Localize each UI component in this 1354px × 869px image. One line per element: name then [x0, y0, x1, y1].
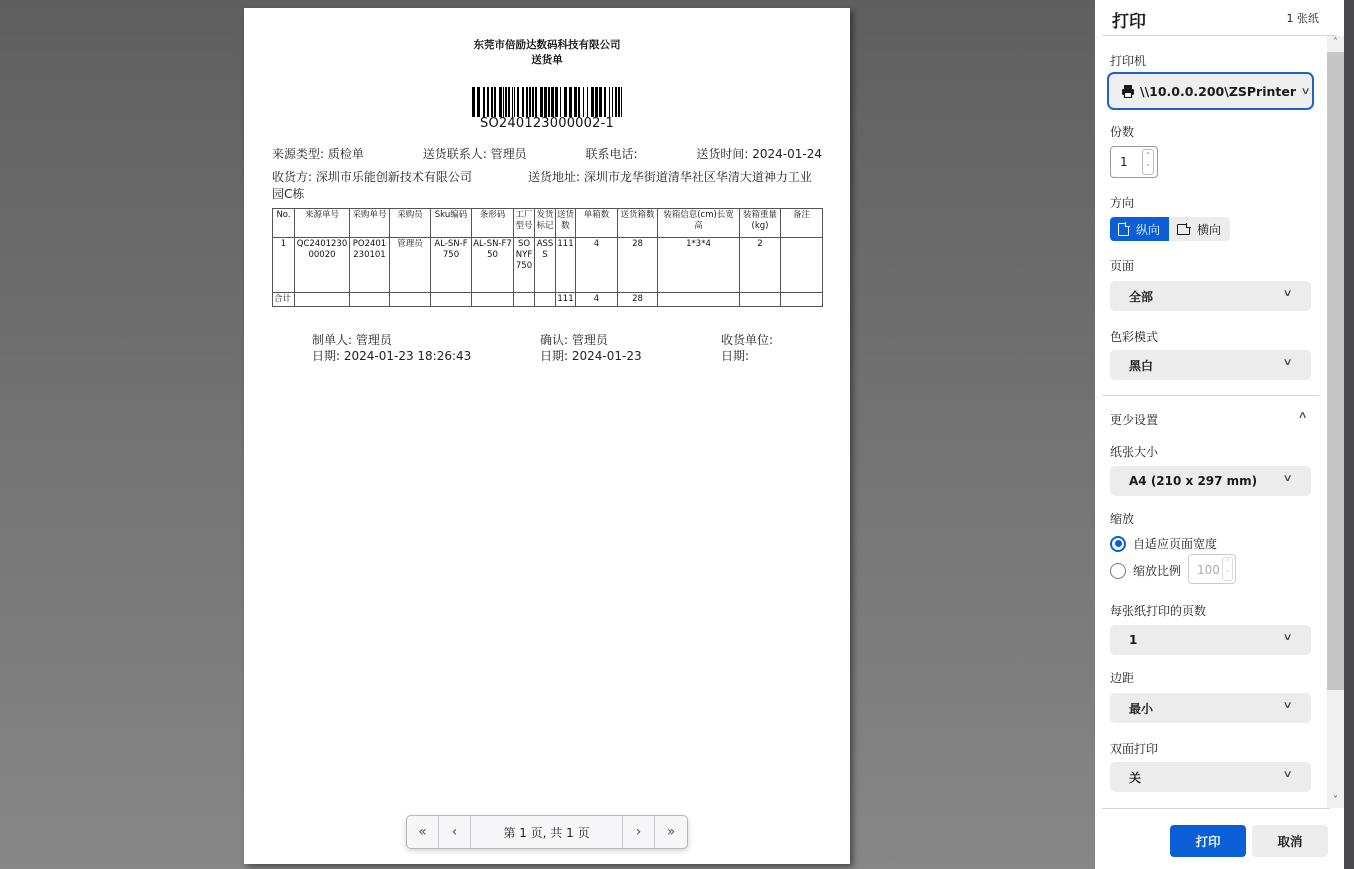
scale-fit-option[interactable]: 自适应页面宽度	[1110, 535, 1217, 552]
scale-value: 100	[1197, 563, 1220, 577]
duplex-value: 关	[1129, 769, 1141, 786]
pages-per-sheet-label: 每张纸打印的页数	[1110, 602, 1206, 619]
sheet-count: 1 张纸	[1287, 10, 1320, 26]
table-cell	[472, 293, 514, 307]
table-cell: 28	[618, 293, 658, 307]
table-cell: 111	[556, 238, 576, 293]
scale-fit-label: 自适应页面宽度	[1133, 535, 1217, 552]
table-cell: SONYF750	[514, 238, 535, 293]
table-row: 1QC240123000020PO2401230101管理员AL-SN-F750…	[273, 238, 823, 293]
scale-percent-input[interactable]: 100 ˄˅	[1188, 554, 1236, 584]
table-cell	[781, 238, 823, 293]
table-cell	[514, 293, 535, 307]
receiver-unit: 收货单位:	[721, 332, 773, 348]
page-indicator: 第 1 页, 共 1 页	[471, 816, 623, 848]
table-cell: 4	[576, 238, 618, 293]
more-settings-label: 更少设置	[1110, 413, 1158, 427]
table-cell: QC240123000020	[295, 238, 350, 293]
column-header: 送货数	[556, 209, 576, 238]
table-cell: AL-SN-F750	[472, 238, 514, 293]
more-settings-toggle[interactable]: 更少设置 ∧	[1110, 411, 1311, 428]
column-header: 装箱重量(kg)	[740, 209, 781, 238]
margins-value: 最小	[1129, 700, 1153, 717]
table-total-row: 合计111428	[273, 293, 823, 307]
paper-size-label: 纸张大小	[1110, 443, 1158, 460]
scrollbar-thumb[interactable]	[1327, 52, 1344, 690]
contact-phone: 联系电话:	[585, 145, 637, 162]
chevron-down-icon: ∨	[1282, 473, 1292, 484]
color-mode-label: 色彩模式	[1110, 328, 1158, 345]
printer-select[interactable]: \\10.0.0.200\ZSPrinter ∨	[1107, 72, 1314, 110]
column-header: 送货箱数	[618, 209, 658, 238]
pages-per-sheet-value: 1	[1129, 633, 1137, 647]
duplex-label: 双面打印	[1110, 740, 1158, 757]
color-mode-select[interactable]: 黑白 ∨	[1110, 350, 1311, 380]
orientation-portrait[interactable]: 纵向	[1110, 217, 1169, 241]
copies-value: 1	[1120, 155, 1128, 169]
preview-page: 东莞市倍励达数码科技有限公司 送货单 SO240123000002-1 来源类型…	[244, 8, 850, 864]
prev-page-button[interactable]: ‹	[439, 816, 471, 848]
column-header: 条形码	[472, 209, 514, 238]
delivery-contact: 送货联系人: 管理员	[423, 145, 527, 162]
first-page-button[interactable]: «	[407, 816, 439, 848]
chevron-down-icon: ∨	[1282, 700, 1292, 711]
radio-unchecked-icon[interactable]	[1110, 563, 1126, 579]
column-header: Sku编码	[431, 209, 472, 238]
chevron-right-icon: ›	[636, 824, 642, 840]
color-mode-value: 黑白	[1129, 357, 1153, 374]
barcode-number: SO240123000002-1	[244, 116, 850, 131]
source-type: 来源类型: 质检单	[272, 145, 364, 162]
column-header: 装箱信息(cm)长宽高	[658, 209, 740, 238]
table-cell: 111	[556, 293, 576, 307]
orientation-toggle: 纵向 横向	[1110, 217, 1230, 241]
confirm: 确认: 管理员	[540, 332, 642, 348]
cancel-button[interactable]: 取消	[1252, 825, 1328, 857]
table-cell	[535, 293, 556, 307]
table-cell	[390, 293, 431, 307]
receiver-date: 日期:	[721, 348, 773, 364]
column-header: 备注	[781, 209, 823, 238]
scroll-up-icon[interactable]: ˄	[1327, 36, 1344, 50]
portrait-page-icon	[1118, 223, 1129, 236]
table-cell: 1	[273, 238, 295, 293]
paper-size-value: A4 (210 x 297 mm)	[1129, 474, 1257, 488]
stepper-arrows-icon[interactable]: ˄˅	[1142, 149, 1154, 175]
printer-value: \\10.0.0.200\ZSPrinter	[1140, 84, 1296, 99]
orientation-portrait-label: 纵向	[1136, 221, 1160, 238]
chevron-down-icon: ∨	[1282, 632, 1292, 643]
divider	[1102, 395, 1319, 396]
orientation-label: 方向	[1110, 194, 1134, 211]
chevron-down-icon: ∨	[1282, 357, 1292, 368]
table-cell	[781, 293, 823, 307]
printer-icon	[1121, 84, 1135, 98]
copies-label: 份数	[1110, 123, 1134, 140]
margins-label: 边距	[1110, 669, 1134, 686]
table-cell: 28	[618, 238, 658, 293]
duplex-select[interactable]: 关 ∨	[1110, 762, 1311, 792]
maker: 制单人: 管理员	[312, 332, 471, 348]
table-cell	[350, 293, 390, 307]
confirm-date: 日期: 2024-01-23	[540, 348, 642, 364]
table-cell: 1*3*4	[658, 238, 740, 293]
column-header: 来源单号	[295, 209, 350, 238]
pages-select[interactable]: 全部 ∨	[1110, 281, 1311, 311]
table-cell: 4	[576, 293, 618, 307]
delivery-address-continued: 园C栋	[272, 185, 304, 202]
scale-label: 缩放	[1110, 510, 1134, 527]
table-cell	[431, 293, 472, 307]
table-cell: 2	[740, 238, 781, 293]
company-name: 东莞市倍励达数码科技有限公司	[244, 37, 850, 52]
next-page-button[interactable]: ›	[623, 816, 655, 848]
column-header: No.	[273, 209, 295, 238]
column-header: 工厂型号	[514, 209, 535, 238]
scale-custom-option[interactable]: 缩放比例	[1110, 562, 1181, 579]
info-row-2: 收货方: 深圳市乐能创新技术有限公司 送货地址: 深圳市龙华街道清华社区华清大道…	[272, 168, 822, 185]
table-cell: 管理员	[390, 238, 431, 293]
chevron-left-icon: ‹	[452, 824, 458, 840]
landscape-page-icon	[1177, 224, 1190, 235]
receiver: 收货方: 深圳市乐能创新技术有限公司	[272, 168, 522, 185]
print-button[interactable]: 打印	[1170, 825, 1246, 857]
divider	[1102, 35, 1337, 36]
copies-stepper[interactable]: 1 ˄˅	[1110, 146, 1158, 178]
background-strip	[1344, 0, 1354, 869]
table-cell: PO2401230101	[350, 238, 390, 293]
scroll-down-icon[interactable]: ˅	[1327, 794, 1344, 808]
items-table: No.来源单号采购单号采购员Sku编码条形码工厂型号发货标记送货数单箱数送货箱数…	[272, 208, 823, 307]
table-cell: ASSS	[535, 238, 556, 293]
document-title: 送货单	[244, 52, 850, 67]
orientation-landscape[interactable]: 横向	[1169, 217, 1230, 241]
delivery-time: 送货时间: 2024-01-24	[696, 145, 822, 162]
print-settings-panel: 打印 1 张纸 打印机 \\10.0.0.200\ZSPrinter ∨ 份数 …	[1095, 0, 1344, 869]
table-cell	[295, 293, 350, 307]
info-row-1: 来源类型: 质检单 送货联系人: 管理员 联系电话: 送货时间: 2024-01…	[272, 145, 822, 162]
chevron-down-icon: ∨	[1301, 86, 1311, 97]
orientation-landscape-label: 横向	[1197, 221, 1221, 238]
double-chevron-left-icon: «	[418, 824, 427, 840]
column-header: 采购员	[390, 209, 431, 238]
stepper-arrows-icon[interactable]: ˄˅	[1222, 557, 1233, 581]
column-header: 单箱数	[576, 209, 618, 238]
table-cell	[740, 293, 781, 307]
paper-size-select[interactable]: A4 (210 x 297 mm) ∨	[1110, 466, 1311, 496]
chevron-down-icon: ∨	[1282, 769, 1292, 780]
signature-receiver: 收货单位: 日期:	[721, 332, 773, 364]
table-cell	[658, 293, 740, 307]
double-chevron-right-icon: »	[667, 824, 676, 840]
table-cell: 合计	[273, 293, 295, 307]
pages-per-sheet-select[interactable]: 1 ∨	[1110, 625, 1311, 655]
margins-select[interactable]: 最小 ∨	[1110, 693, 1311, 723]
table-cell: AL-SN-F750	[431, 238, 472, 293]
column-header: 发货标记	[535, 209, 556, 238]
table-header-row: No.来源单号采购单号采购员Sku编码条形码工厂型号发货标记送货数单箱数送货箱数…	[273, 209, 823, 238]
pages-value: 全部	[1129, 288, 1153, 305]
page-navigator: « ‹ 第 1 页, 共 1 页 › »	[406, 815, 688, 849]
pages-label: 页面	[1110, 257, 1134, 274]
signature-confirm: 确认: 管理员 日期: 2024-01-23	[540, 332, 642, 364]
delivery-address: 送货地址: 深圳市龙华街道清华社区华清大道神力工业	[528, 168, 812, 185]
printer-label: 打印机	[1110, 52, 1146, 69]
barcode-image	[472, 87, 622, 117]
panel-scrollbar[interactable]: ˄ ˅	[1327, 36, 1344, 808]
divider	[1102, 808, 1330, 809]
signature-maker: 制单人: 管理员 日期: 2024-01-23 18:26:43	[312, 332, 471, 364]
panel-title: 打印	[1112, 7, 1146, 32]
print-preview-area: 东莞市倍励达数码科技有限公司 送货单 SO240123000002-1 来源类型…	[0, 0, 1095, 869]
maker-date: 日期: 2024-01-23 18:26:43	[312, 348, 471, 364]
column-header: 采购单号	[350, 209, 390, 238]
chevron-down-icon: ∨	[1282, 288, 1292, 299]
last-page-button[interactable]: »	[655, 816, 687, 848]
radio-checked-icon[interactable]	[1110, 536, 1126, 552]
chevron-up-icon: ∧	[1297, 410, 1307, 421]
scale-custom-label: 缩放比例	[1133, 562, 1181, 579]
